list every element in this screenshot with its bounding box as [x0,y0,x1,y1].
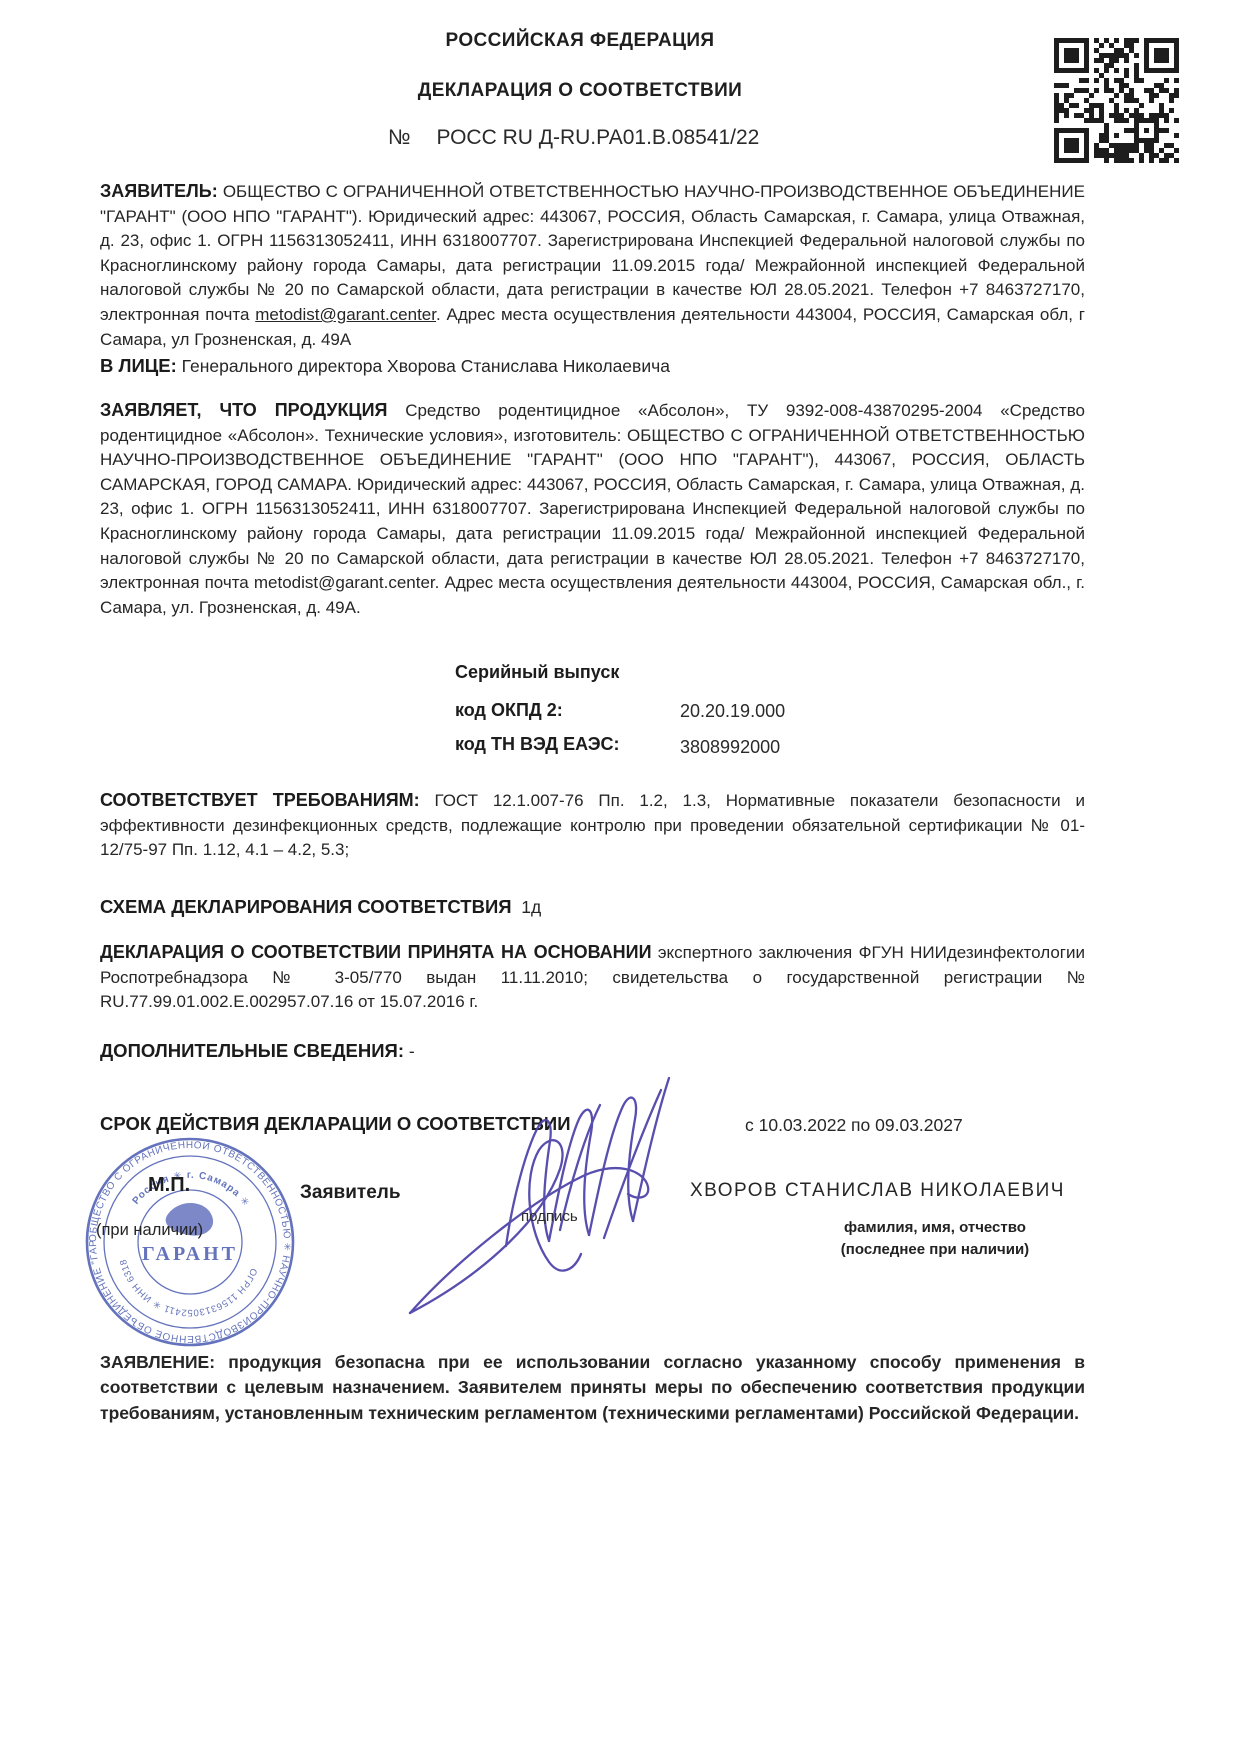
mp-note: (при наличии) [96,1221,203,1240]
okpd-value: 20.20.19.000 [680,701,785,722]
declaration-number: РОСС RU Д-RU.РА01.В.08541/22 [437,126,760,150]
basis-paragraph: ДЕКЛАРАЦИЯ О СООТВЕТСТВИИ ПРИНЯТА НА ОСН… [100,940,1085,1015]
statement-paragraph: ЗАЯВЛЕНИЕ: продукция безопасна при ее ис… [100,1350,1085,1426]
scheme-value: 1д [521,897,541,917]
country-title: РОССИЙСКАЯ ФЕДЕРАЦИЯ [100,30,1060,52]
validity-label: СРОК ДЕЙСТВИЯ ДЕКЛАРАЦИИ О СООТВЕТСТВИИ [100,1113,571,1134]
compliance-paragraph: СООТВЕТСТВУЕТ ТРЕБОВАНИЯМ: ГОСТ 12.1.007… [100,788,1085,863]
doc-title: ДЕКЛАРАЦИЯ О СООТВЕТСТВИИ [100,80,1060,102]
applicant-paragraph: ЗАЯВИТЕЛЬ: ОБЩЕСТВО С ОГРАНИЧЕННОЙ ОТВЕТ… [100,179,1085,352]
scheme-line: СХЕМА ДЕКЛАРИРОВАНИЯ СООТВЕТСТВИЯ 1д [100,896,1085,918]
validity-value: с 10.03.2022 по 09.03.2027 [745,1115,963,1136]
compliance-label: СООТВЕТСТВУЕТ ТРЕБОВАНИЯМ: [100,790,420,810]
stamp-center-text: ГАРАНТ [142,1243,238,1265]
document-page: РОССИЙСКАЯ ФЕДЕРАЦИЯ ДЕКЛАРАЦИЯ О СООТВЕ… [0,0,1240,1754]
applicant-email: metodist@garant.center [255,305,436,324]
mp-mark: М.П. [148,1174,190,1197]
okpd-row: код ОКПД 2: 20.20.19.000 [455,700,975,721]
number-sign: № [388,126,411,150]
tnved-label: код ТН ВЭД ЕАЭС: [455,734,620,754]
tnved-value: 3808992000 [680,737,780,758]
statement-label: ЗАЯВЛЕНИЕ: [100,1352,215,1372]
declarant-name: ХВОРОВ СТАНИСЛАВ НИКОЛАЕВИЧ [690,1180,1065,1202]
declaration-number-line: № РОСС RU Д-RU.РА01.В.08541/22 [388,126,759,150]
qr-code [1054,38,1179,163]
scheme-label: СХЕМА ДЕКЛАРИРОВАНИЯ СООТВЕТСТВИЯ [100,896,512,917]
basis-label: ДЕКЛАРАЦИЯ О СООТВЕТСТВИИ ПРИНЯТА НА ОСН… [100,942,652,962]
name-caption-2: (последнее при наличии) [720,1241,1150,1258]
additional-info-line: ДОПОЛНИТЕЛЬНЫЕ СВЕДЕНИЯ: - [100,1040,1085,1062]
applicant-label: ЗАЯВИТЕЛЬ: [100,181,218,201]
signature-caption: подпись [521,1208,578,1225]
in-person-label: В ЛИЦЕ: [100,355,177,376]
release-type: Серийный выпуск [455,662,619,683]
product-paragraph: ЗАЯВЛЯЕТ, ЧТО ПРОДУКЦИЯ Средство роденти… [100,398,1085,620]
company-stamp: ОБЩЕСТВО С ОГРАНИЧЕННОЙ ОТВЕТСТВЕННОСТЬЮ… [83,1135,297,1349]
name-caption-1: фамилия, имя, отчество [720,1219,1150,1236]
in-person-line: В ЛИЦЕ: Генерального директора Хворова С… [100,355,1085,377]
okpd-label: код ОКПД 2: [455,700,563,720]
validity-line: СРОК ДЕЙСТВИЯ ДЕКЛАРАЦИИ О СООТВЕТСТВИИ … [100,1113,1085,1135]
tnved-row: код ТН ВЭД ЕАЭС: 3808992000 [455,734,975,755]
product-label: ЗАЯВЛЯЕТ, ЧТО ПРОДУКЦИЯ [100,400,387,420]
additional-label: ДОПОЛНИТЕЛЬНЫЕ СВЕДЕНИЯ: [100,1040,404,1061]
applicant-role-label: Заявитель [300,1182,401,1204]
